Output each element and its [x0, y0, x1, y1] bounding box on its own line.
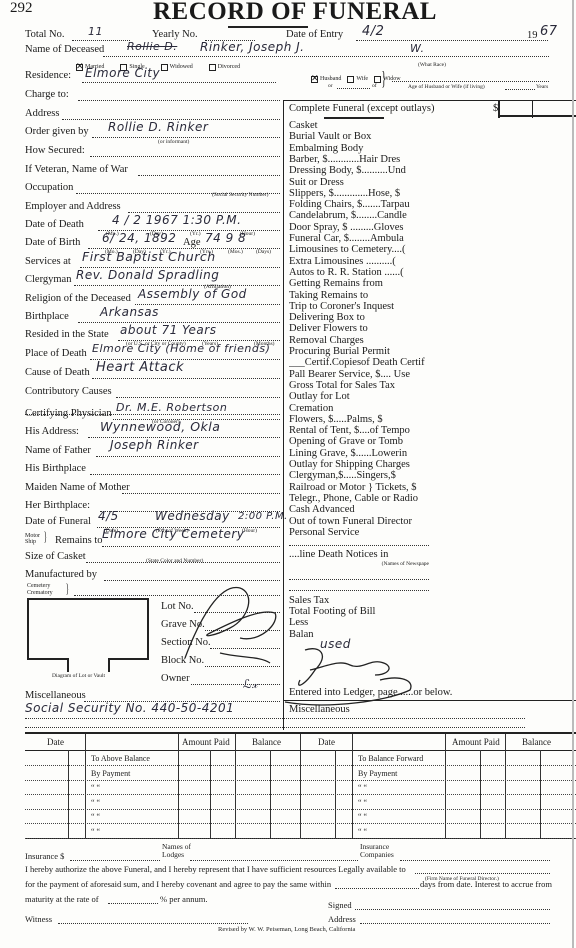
charge-item: Total Footing of Bill — [289, 606, 429, 617]
per-annum-text: % per annum. — [160, 894, 207, 904]
date-of-death-value: 4 / 2 1967 1:30 P.M. — [112, 213, 241, 227]
relation-group: Husband Wife Widow — [311, 70, 403, 88]
days-text: days from date. Interest to accrue from — [420, 879, 552, 889]
ledger-row-label: By Payment — [91, 769, 130, 778]
charge-item: Out of town Funeral Director — [289, 516, 429, 527]
ledger-right-balance-header: Balance — [522, 737, 551, 747]
footer-address-label: Address — [328, 914, 356, 924]
years-label: Years — [536, 84, 548, 90]
resided-value: about 71 Years — [120, 323, 216, 337]
order-given-by-label: Order given by — [25, 126, 89, 137]
charge-item: Funeral Car, $........Ambula — [289, 233, 429, 244]
ledger-row-label: “ “ — [358, 827, 367, 836]
charge-item: Slippers, $.............Hose, $ — [289, 188, 429, 199]
charge-item: Railroad or Motor } Tickets, $ — [289, 482, 429, 493]
revised-text: Revised by W. W. Peiseman, Long Beach, C… — [218, 926, 355, 933]
charge-item: Limousines to Cemetery....( — [289, 244, 429, 255]
place-of-death-value: Elmore City (Home of friends) — [92, 342, 270, 355]
charge-item: Outlay for Shipping Charges — [289, 459, 429, 470]
charge-item: Gross Total for Sales Tax — [289, 380, 429, 391]
race-value: W. — [410, 42, 424, 55]
order-given-by-value: Rollie D. Rinker — [108, 120, 208, 134]
husband-checkbox[interactable] — [311, 76, 318, 83]
casket-size-label: Size of Casket — [25, 551, 86, 562]
charge-item: Telegr., Phone, Cable or Radio — [289, 493, 429, 504]
ledger-row-label: “ “ — [91, 827, 100, 836]
maturity-text: maturity at the rate of — [25, 894, 99, 904]
veteran-label: If Veteran, Name of War — [25, 164, 128, 175]
authorize-text: I hereby authorize the above Funeral, an… — [25, 864, 406, 874]
charges-box-left-border — [283, 100, 284, 730]
his-address-label: His Address: — [25, 426, 79, 437]
employer-label: Employer and Address — [25, 201, 121, 212]
charge-item: Personal Service — [289, 527, 429, 538]
companies-label: Insurance Companies — [360, 843, 394, 859]
ledger-left-balance-header: Balance — [252, 737, 281, 747]
cause-of-death-value: Heart Attack — [96, 360, 184, 375]
birthplace-label: Birthplace — [25, 311, 69, 322]
ledger-row-label: “ “ — [91, 812, 100, 821]
charge-item: Extra Limousines ..........( — [289, 256, 429, 267]
dob-caption-days: (Days) — [256, 249, 271, 255]
signed-label: Signed — [328, 900, 352, 910]
brace-icon: } — [66, 582, 69, 598]
deceased-name-value: Rinker, Joseph J. — [200, 40, 304, 54]
total-no-value: 11 — [88, 25, 103, 38]
age-spouse-caption: Age of Husband or Wife (if living) — [408, 84, 485, 90]
ledger-row: By Payment — [300, 767, 576, 781]
owner-scribble: ℒ𝓍 — [243, 677, 258, 692]
residence-value: Elmore City — [85, 66, 160, 80]
charge-item: Less — [289, 617, 429, 628]
charge-item: Delivering Box to — [289, 312, 429, 323]
resided-label: Resided in the State — [25, 329, 109, 340]
clergyman-value: Rev. Donald Spradling — [76, 268, 219, 282]
married-checkbox[interactable] — [76, 64, 83, 71]
ledger-left-amount-header: Amount Paid — [182, 737, 230, 747]
ledger-row-label: To Above Balance — [91, 754, 150, 763]
payment-text: for the payment of aforesaid sum, and I … — [25, 879, 331, 889]
ledger-right-amount-header: Amount Paid — [452, 737, 500, 747]
divorced-checkbox[interactable] — [209, 64, 216, 71]
funeral-hour-value: 2:00 P.M. — [238, 511, 288, 522]
clergyman-label: Clergyman — [25, 274, 71, 285]
relation-or: or — [328, 83, 333, 89]
charge-item: Casket — [289, 120, 429, 131]
physician-label: Certifying Physician — [25, 408, 112, 419]
cemetery-crematory-label: Cemetery Crematory — [27, 583, 53, 597]
services-label: Services at — [25, 256, 71, 267]
ledger-row: “ “ — [300, 810, 576, 824]
charge-item: Barber, $............Hair Dres — [289, 154, 429, 165]
father-value: Joseph Rinker — [110, 438, 199, 452]
widowed-checkbox[interactable] — [161, 64, 168, 71]
casket-caption: (State Color and Number) — [146, 558, 203, 564]
date-of-death-label: Date of Death — [25, 219, 84, 230]
ledger-row: “ “ — [25, 781, 300, 795]
date-of-entry-value: 4/2 — [362, 24, 384, 39]
race-caption: (What Race) — [418, 62, 446, 68]
deceased-name-struck: Rollie D. — [127, 40, 177, 53]
mother-label: Maiden Name of Mother — [25, 482, 130, 493]
ledger-row-label: “ “ — [91, 783, 100, 792]
witness-field[interactable] — [58, 923, 248, 924]
charge-item: Cash Advanced — [289, 504, 429, 515]
charge-item: Autos to R. R. Station ......( — [289, 267, 429, 278]
witness-label: Witness — [25, 914, 52, 924]
charge-item: Pall Bearer Service, $.... Use — [289, 369, 429, 380]
funeral-date-value: 4/5 — [98, 509, 119, 523]
ledger-row: “ “ — [300, 781, 576, 795]
charge-item: Clergyman,$.....Singers,$ — [289, 470, 429, 481]
motor-ship-label: Motor Ship — [25, 533, 40, 545]
birthplace-value: Arkansas — [100, 305, 159, 319]
charge-item: Procuring Burial Permit — [289, 346, 429, 357]
brace-icon: } — [44, 530, 47, 546]
widow-checkbox[interactable] — [374, 76, 381, 83]
funeral-record-page: 292 RECORD OF FUNERAL Total No. 11 Yearl… — [0, 0, 576, 948]
ledger-row-label: To Balance Forward — [358, 754, 423, 763]
diagram-caption: Diagram of Lot or Vault — [52, 673, 105, 679]
charge-item: Trip to Coroner's Inquest — [289, 301, 429, 312]
remains-to-value: Elmore City Cemetery — [102, 527, 244, 541]
lot-diagram-box — [27, 598, 149, 660]
yearly-no-label: Yearly No. — [152, 29, 198, 40]
date-of-entry-label: Date of Entry — [286, 29, 343, 40]
occupation-label: Occupation — [25, 182, 73, 193]
informant-caption: (or informant) — [158, 139, 189, 145]
ledger-row-label: By Payment — [358, 769, 397, 778]
ledger-row-label: “ “ — [358, 812, 367, 821]
remains-to-label: Remains to — [55, 535, 103, 546]
complete-funeral-label: Complete Funeral (except outlays) — [289, 103, 435, 114]
age-label: Age — [183, 237, 201, 248]
services-value: First Baptist Church — [82, 249, 216, 264]
charge-item: Folding Chairs, $.......Tarpau — [289, 199, 429, 210]
ledger-left-date-header: Date — [47, 737, 64, 747]
charge-item: ___Certif.Copiesof Death Certif — [289, 357, 429, 368]
funeral-day-value: Wednesday — [155, 509, 230, 523]
contributory-label: Contributory Causes — [25, 386, 112, 397]
entered-ledger-label: Entered into Ledger, page......or below. — [289, 687, 452, 698]
charge-item — [289, 538, 429, 546]
ledger-row: To Above Balance — [25, 752, 300, 766]
funeral-date-label: Date of Funeral — [25, 516, 91, 527]
cause-of-death-label: Cause of Death — [25, 367, 90, 378]
charge-item: Candelabrum, $........Candle — [289, 210, 429, 221]
ledger-row: “ “ — [25, 796, 300, 810]
relation-of: of — [372, 83, 377, 89]
charge-item: Dressing Body, $..........Und — [289, 165, 429, 176]
charge-item: ....line Death Notices in — [289, 549, 429, 560]
place-of-death-label: Place of Death — [25, 348, 87, 359]
ledger-row-label: “ “ — [358, 783, 367, 792]
charge-item: Balan — [289, 629, 429, 640]
ledger-row: “ “ — [300, 825, 576, 839]
ledger-row: To Balance Forward — [300, 752, 576, 766]
physician-value: Dr. M.E. Robertson — [116, 401, 227, 414]
ledger-row-label: “ “ — [91, 798, 100, 807]
footer-address-field[interactable] — [360, 923, 550, 924]
residence-label: Residence: — [25, 70, 71, 81]
right-miscellaneous-label: Miscellaneous — [289, 704, 350, 715]
religion-caption: (Affiliation) — [204, 284, 231, 290]
charge-item: Taking Remains to — [289, 290, 429, 301]
charge-item: Embalming Body — [289, 143, 429, 154]
miscellaneous-label: Miscellaneous — [25, 690, 86, 701]
father-label: Name of Father — [25, 445, 91, 456]
charge-item: Outlay for Lot — [289, 391, 429, 402]
charge-item: Sales Tax — [289, 595, 429, 606]
charge-item: Suit or Dress — [289, 177, 429, 188]
lodges-label: Names of Lodges — [162, 843, 191, 859]
charge-item: Deliver Flowers to — [289, 323, 429, 334]
how-secured-label: How Secured: — [25, 145, 85, 156]
charge-item: Getting Remains from — [289, 278, 429, 289]
her-birthplace-label: Her Birthplace: — [25, 500, 90, 511]
charge-item: (Names of Newspape — [289, 561, 429, 567]
miscellaneous-value: Social Security No. 440-50-4201 — [25, 701, 234, 715]
ledger-row: “ “ — [25, 810, 300, 824]
manufactured-label: Manufactured by — [25, 569, 97, 580]
dob-caption-mos: (Mos.) — [228, 249, 243, 255]
year-value: 67 — [540, 24, 558, 39]
charge-item: Door Spray, $ .........Gloves — [289, 222, 429, 233]
his-address-value: Wynnewood, Okla — [100, 419, 220, 434]
ledger-row: “ “ — [300, 796, 576, 810]
ledger-row: “ “ — [25, 825, 300, 839]
date-of-birth-value: 6/ 24, 1892 — [102, 231, 176, 245]
charge-item — [289, 572, 429, 580]
charge-item: Removal Charges — [289, 335, 429, 346]
page-title: RECORD OF FUNERAL — [153, 0, 437, 26]
ledger-right-date-header: Date — [318, 737, 335, 747]
age-value: 74 9 8 — [205, 231, 246, 245]
year-prefix: 19 — [527, 30, 538, 41]
address-label: Address — [25, 108, 59, 119]
ssn-caption: (Social Security Number) — [212, 192, 269, 198]
ledger-row: By Payment — [25, 767, 300, 781]
insurance-label: Insurance $ — [25, 851, 64, 861]
total-no-label: Total No. — [25, 29, 65, 40]
charge-item: Burial Vault or Box — [289, 131, 429, 142]
charge-to-label: Charge to: — [25, 89, 69, 100]
scan-edge — [572, 0, 574, 948]
charge-item: Rental of Tent, $....of Tempo — [289, 425, 429, 436]
title-underline — [228, 26, 308, 28]
charge-item: Opening of Grave or Tomb — [289, 436, 429, 447]
charge-item: Cremation — [289, 403, 429, 414]
brace-icon: } — [381, 68, 386, 91]
page-number: 292 — [10, 0, 33, 17]
charge-item: Lining Grave, $......Lowerin — [289, 448, 429, 459]
his-birthplace-label: His Birthplace — [25, 463, 86, 474]
handwritten-scribble-icon — [180, 578, 280, 668]
owner-label: Owner — [161, 673, 190, 684]
date-of-birth-label: Date of Birth — [25, 237, 80, 248]
wife-checkbox[interactable] — [347, 76, 354, 83]
religion-label: Religion of the Deceased — [25, 293, 131, 304]
name-of-deceased-label: Name of Deceased — [25, 44, 104, 55]
charge-item: Flowers, $.....Palms, $ — [289, 414, 429, 425]
ledger-row-label: “ “ — [358, 798, 367, 807]
charge-item — [289, 583, 429, 591]
signed-field[interactable] — [355, 909, 550, 910]
